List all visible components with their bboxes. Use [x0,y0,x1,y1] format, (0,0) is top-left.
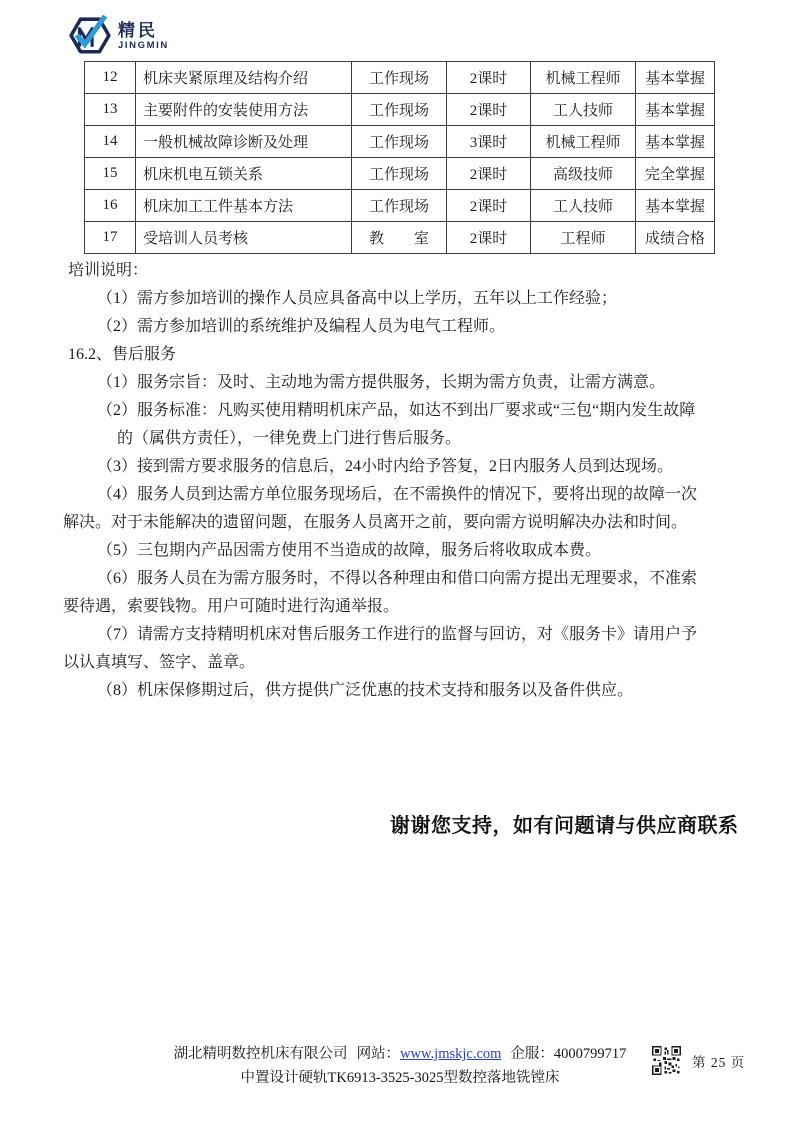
cell-teacher: 高级技师 [531,158,636,190]
paragraph-line: 解决。对于未能解决的遗留问题，在服务人员离开之前，要向需方说明解决办法和时间。 [63,509,763,537]
table-row: 13 主要附件的安装使用方法 工作现场 2课时 工人技师 基本掌握 [85,94,715,126]
cell-no: 15 [85,158,136,190]
cell-content: 机床机电互锁关系 [136,158,352,190]
table-row: 16 机床加工工件基本方法 工作现场 2课时 工人技师 基本掌握 [85,190,715,222]
paragraph-line: （7）请需方支持精明机床对售后服务工作进行的监督与回访，对《服务卡》请用户予 [63,621,763,649]
qr-code-icon [652,1046,681,1075]
paragraph-line: （1）需方参加培训的操作人员应具备高中以上学历，五年以上工作经验； [63,285,763,313]
paragraph-line: （3）接到需方要求服务的信息后，24小时内给予答复，2日内服务人员到达现场。 [63,453,763,481]
paragraph-line: 的（属供方责任），一律免费上门进行售后服务。 [63,425,763,453]
cell-requirement: 完全掌握 [636,158,715,190]
cell-teacher: 机械工程师 [531,126,636,158]
cell-place: 工作现场 [352,190,447,222]
cell-hours: 3课时 [447,126,531,158]
cell-no: 17 [85,222,136,254]
cell-place: 教 室 [352,222,447,254]
cell-requirement: 基本掌握 [636,94,715,126]
paragraph-line: 以认真填写、签字、盖章。 [63,649,763,677]
paragraph-line: （5）三包期内产品因需方使用不当造成的故障，服务后将收取成本费。 [63,537,763,565]
footer-service-label: 企服： [510,1046,554,1062]
cell-no: 12 [85,62,136,94]
cell-requirement: 成绩合格 [636,222,715,254]
paragraph-line: （8）机床保修期过后，供方提供广泛优惠的技术支持和服务以及备件供应。 [63,677,763,705]
company-logo: 精民 JINGMIN [66,15,169,57]
cell-hours: 2课时 [447,62,531,94]
cell-content: 机床加工工件基本方法 [136,190,352,222]
cell-place: 工作现场 [352,94,447,126]
aftersales-heading: 16.2、售后服务 [63,341,763,369]
paragraph-line: （2）服务标准：凡购买使用精明机床产品，如达不到出厂要求或“三包“期内发生故障 [63,397,763,425]
footer-company: 湖北精明数控机床有限公司 [174,1046,348,1062]
training-notes-heading: 培训说明： [63,257,763,285]
brand-name-cn: 精民 [118,22,169,40]
table-row: 12 机床夹紧原理及结构介绍 工作现场 2课时 机械工程师 基本掌握 [85,62,715,94]
paragraph-line: （4）服务人员到达需方单位服务现场后，在不需换件的情况下，要将出现的故障一次 [63,481,763,509]
cell-hours: 2课时 [447,222,531,254]
hexagon-m-check-icon [66,15,114,57]
cell-content: 受培训人员考核 [136,222,352,254]
footer-service-phone: 4000799717 [554,1046,627,1062]
brand-name-en: JINGMIN [118,40,169,51]
cell-requirement: 基本掌握 [636,62,715,94]
footer-site-link[interactable]: www.jmskjc.com [400,1046,501,1062]
cell-teacher: 工人技师 [531,190,636,222]
paragraph-line: （2）需方参加培训的系统维护及编程人员为电气工程师。 [63,313,763,341]
cell-hours: 2课时 [447,94,531,126]
footer-site-label: 网站： [357,1046,401,1062]
table-row: 17 受培训人员考核 教 室 2课时 工程师 成绩合格 [85,222,715,254]
document-page: 精民 JINGMIN 12 机床夹紧原理及结构介绍 工作现场 2课时 机械工程师… [0,0,800,1133]
cell-teacher: 机械工程师 [531,62,636,94]
cell-place: 工作现场 [352,62,447,94]
paragraph-line: （1）服务宗旨：及时、主动地为需方提供服务，长期为需方负责，让需方满意。 [63,369,763,397]
cell-content: 机床夹紧原理及结构介绍 [136,62,352,94]
cell-hours: 2课时 [447,158,531,190]
cell-no: 16 [85,190,136,222]
cell-place: 工作现场 [352,158,447,190]
cell-teacher: 工程师 [531,222,636,254]
cell-requirement: 基本掌握 [636,190,715,222]
thanks-line: 谢谢您支持，如有问题请与供应商联系 [390,809,739,838]
cell-hours: 2课时 [447,190,531,222]
body-text: 培训说明： （1）需方参加培训的操作人员应具备高中以上学历，五年以上工作经验； … [63,257,763,705]
logo-text: 精民 JINGMIN [118,22,169,51]
paragraph-line: 要待遇，索要钱物。用户可随时进行沟通举报。 [63,593,763,621]
cell-no: 13 [85,94,136,126]
cell-place: 工作现场 [352,126,447,158]
cell-no: 14 [85,126,136,158]
paragraph-line: （6）服务人员在为需方服务时，不得以各种理由和借口向需方提出无理要求，不准索 [63,565,763,593]
cell-content: 主要附件的安装使用方法 [136,94,352,126]
page-number: 第 25 页 [692,1051,745,1071]
cell-teacher: 工人技师 [531,94,636,126]
table-row: 14 一般机械故障诊断及处理 工作现场 3课时 机械工程师 基本掌握 [85,126,715,158]
cell-requirement: 基本掌握 [636,126,715,158]
table-row: 15 机床机电互锁关系 工作现场 2课时 高级技师 完全掌握 [85,158,715,190]
cell-content: 一般机械故障诊断及处理 [136,126,352,158]
training-schedule-table: 12 机床夹紧原理及结构介绍 工作现场 2课时 机械工程师 基本掌握 13 主要… [84,61,715,254]
